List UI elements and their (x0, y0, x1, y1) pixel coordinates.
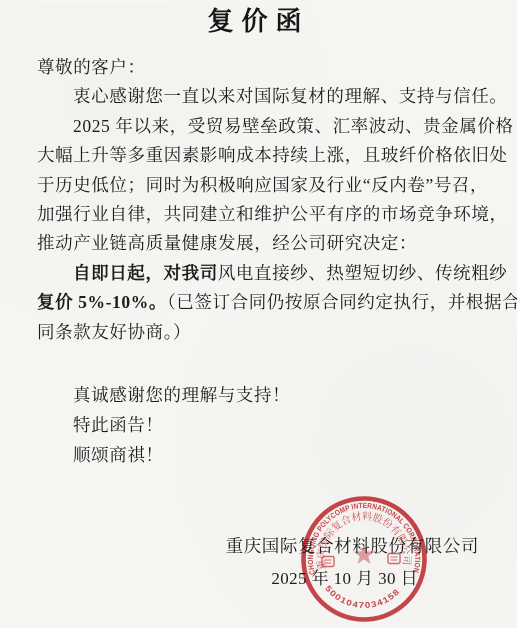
body-line: 复价 5%-10%。（已签订合同仍按原合同约定执行，并根据合 (37, 288, 487, 317)
seal-code-box-right (388, 554, 400, 564)
letter-body: 衷心感谢您一直以来对国际复材的理解、支持与信任。2025 年以来，受贸易壁垒政策… (37, 82, 487, 347)
text-segment: 大幅上升等多重因素影响成本持续上涨，且玻纤价格依旧处 (37, 145, 508, 165)
letter-title: 复价函 (0, 5, 517, 39)
seal-serial-number: 5001047034158 (323, 584, 402, 610)
text-segment: 复价 5%-10%。 (37, 292, 167, 312)
body-line: 推动产业链高质量健康发展，经公司研究决定： (37, 229, 487, 258)
company-seal-graphic: CHONGQING POLYCOMP INTERNATIONAL CORPORA… (297, 492, 431, 626)
body-line: 衷心感谢您一直以来对国际复材的理解、支持与信任。 (37, 82, 487, 111)
body-line: 于历史低位；同时为积极响应国家及行业“反内卷”号召， (37, 171, 487, 200)
closing-line: 特此函告！ (37, 410, 487, 440)
text-segment: 自即日起，对我司 (73, 263, 218, 283)
body-line: 大幅上升等多重因素影响成本持续上涨，且玻纤价格依旧处 (37, 141, 487, 170)
letter-closing: 真诚感谢您的理解与支持！特此函告！顺颂商祺！ (37, 380, 487, 470)
text-segment: 风电直接纱、热塑短切纱、传统粗纱 (218, 263, 508, 283)
seal-star-icon (354, 544, 375, 564)
company-seal: CHONGQING POLYCOMP INTERNATIONAL CORPORA… (297, 492, 431, 626)
text-segment: 同条款友好协商。） (37, 322, 191, 342)
text-segment: 推动产业链高质量健康发展，经公司研究决定： (37, 233, 417, 253)
text-segment: 于历史低位；同时为积极响应国家及行业“反内卷”号召， (37, 175, 488, 195)
text-segment: 衷心感谢您一直以来对国际复材的理解、支持与信任。 (73, 86, 507, 106)
closing-line: 真诚感谢您的理解与支持！ (37, 380, 487, 410)
closing-line: 顺颂商祺！ (37, 440, 487, 470)
text-segment: 加强行业自律，共同建立和维护公平有序的市场竞争环境， (37, 204, 508, 224)
body-line: 同条款友好协商。） (37, 318, 487, 347)
text-segment: （已签订合同仍按原合同约定执行，并根据合 (167, 292, 517, 312)
body-line: 加强行业自律，共同建立和维护公平有序的市场竞争环境， (37, 200, 487, 229)
text-segment: 2025 年以来，受贸易壁垒政策、汇率波动、贵金属价格 (73, 116, 514, 136)
letter-content: 尊敬的客户： 衷心感谢您一直以来对国际复材的理解、支持与信任。2025 年以来，… (0, 53, 517, 470)
letter-page: 复价函 尊敬的客户： 衷心感谢您一直以来对国际复材的理解、支持与信任。2025 … (0, 5, 517, 628)
body-line: 自即日起，对我司风电直接纱、热塑短切纱、传统粗纱 (37, 259, 487, 288)
body-line: 2025 年以来，受贸易壁垒政策、汇率波动、贵金属价格 (37, 112, 487, 141)
salutation: 尊敬的客户： (37, 53, 487, 82)
